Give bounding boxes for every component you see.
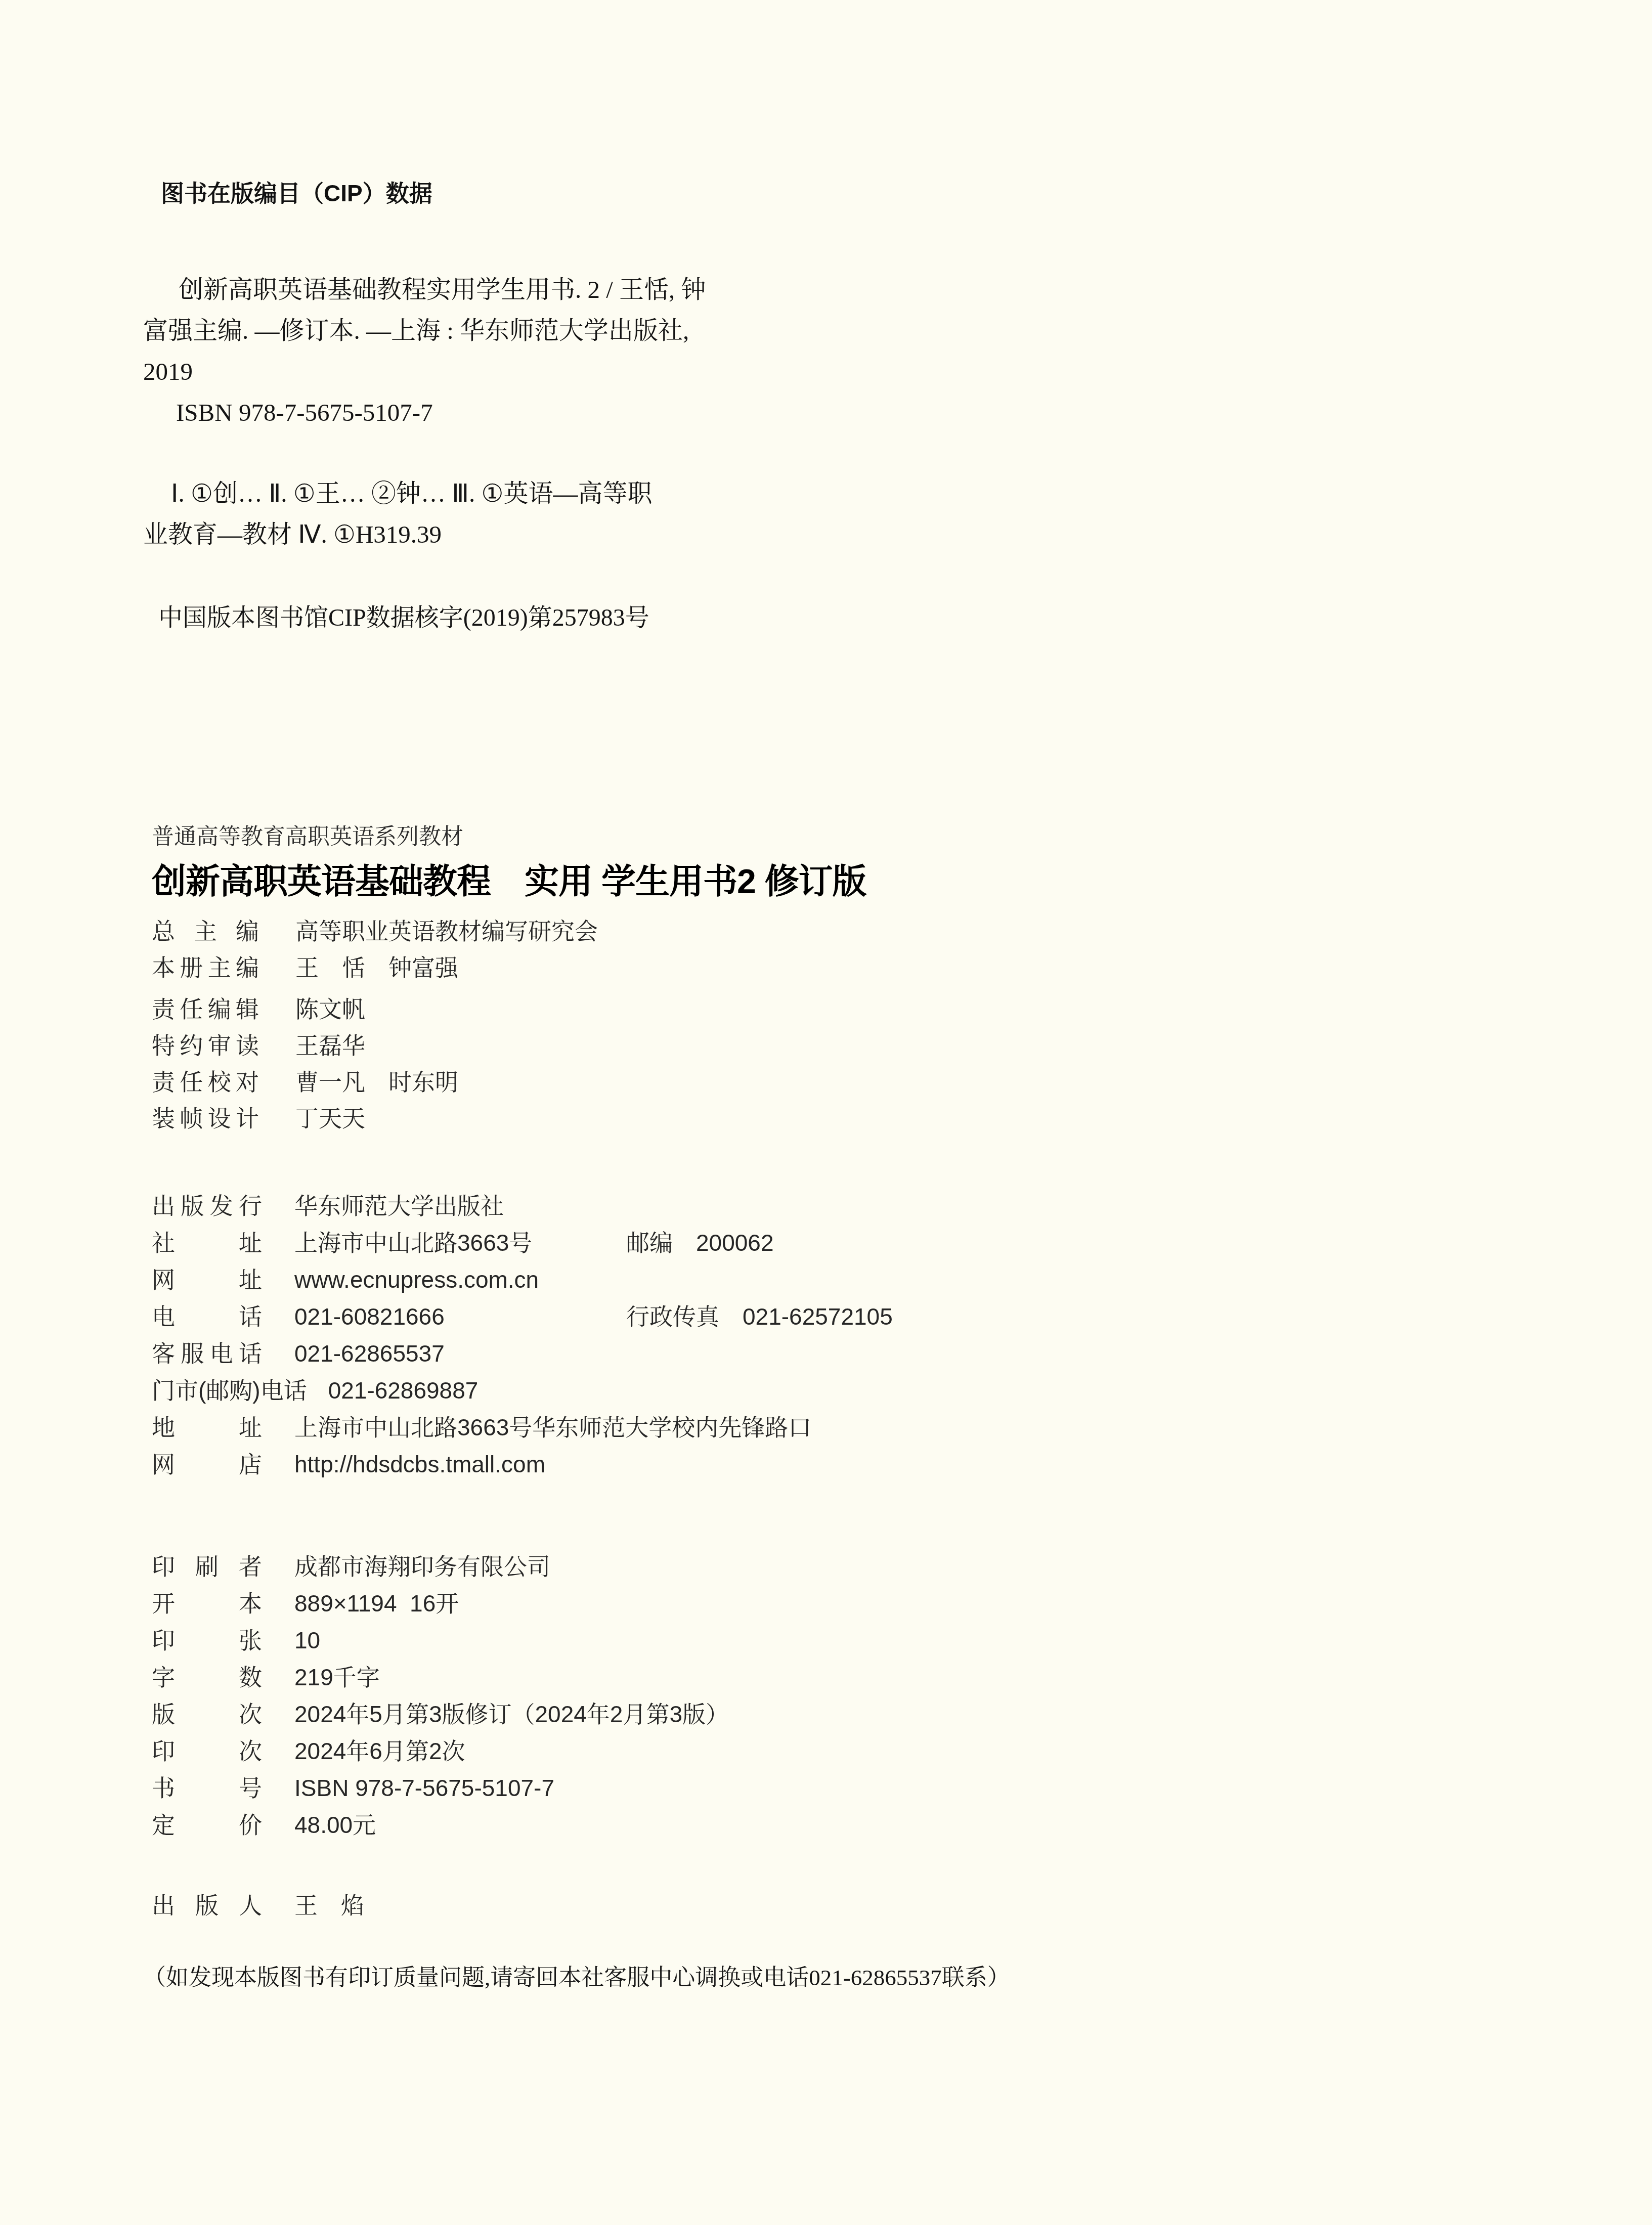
pub-value: 上海市中山北路3663号华东师范大学校内先锋路口 (294, 1414, 811, 1441)
print-row-sheets: 印张10 (152, 1622, 1568, 1659)
cip-para-line-2: 富强主编. —修订本. —上海 : 华东师范大学出版社, (143, 310, 1458, 351)
cip-heading: 图书在版编目（CIP）数据 (143, 178, 1458, 208)
pub-row-street-address: 地址上海市中山北路3663号华东师范大学校内先锋路口 (152, 1409, 1568, 1446)
title-block: 普通高等教育高职英语系列教材 创新高职英语基础教程 实用 学生用书2 修订版 总… (152, 807, 1517, 1137)
editor-name: 丁天天 (295, 1105, 365, 1131)
editor-name: 王磊华 (295, 1032, 365, 1059)
cip-para-line-1: 创新高职英语基础教程实用学生用书. 2 / 王恬, 钟 (143, 269, 1458, 310)
print-row-word-count: 字数219千字 (152, 1659, 1568, 1696)
editor-row-reviewer: 特约审读王磊华 (152, 1027, 1517, 1064)
editor-role-label: 责任校对 (152, 1064, 259, 1100)
editor-name: 高等职业英语教材编写研究会 (295, 918, 598, 944)
cip-record-number: 中国版本图书馆CIP数据核字(2019)第257983号 (143, 597, 1458, 638)
print-label: 开本 (152, 1585, 262, 1622)
pub-row-phone: 电话021-60821666行政传真 021-62572105 (152, 1298, 1568, 1335)
pub-label: 网址 (152, 1261, 262, 1298)
pub-value: 021-60821666 (294, 1298, 626, 1335)
editor-role-label: 装帧设计 (152, 1100, 259, 1137)
pub-row-address: 社址上海市中山北路3663号邮编 200062 (152, 1225, 1568, 1261)
cip-class-line-2: 业教育—教材 Ⅳ. ①H319.39 (143, 514, 1458, 555)
cip-paragraph: 创新高职英语基础教程实用学生用书. 2 / 王恬, 钟 富强主编. —修订本. … (143, 269, 1458, 433)
publication-block: 出版发行华东师范大学出版社 社址上海市中山北路3663号邮编 200062 网址… (152, 1188, 1568, 1483)
print-value: ISBN 978-7-5675-5107-7 (294, 1775, 554, 1801)
print-row-price: 定价48.00元 (152, 1807, 1568, 1844)
publisher-person-block: 出版人王 焰 (152, 1887, 1163, 1924)
pub-label: 网店 (152, 1446, 262, 1483)
publisher-person-label: 出版人 (152, 1887, 262, 1924)
pub-value: www.ecnupress.com.cn (294, 1267, 539, 1293)
print-value: 2024年6月第2次 (294, 1738, 465, 1764)
editor-row-proofreader: 责任校对曹一凡 时东明 (152, 1064, 1517, 1100)
editor-name: 王 恬 钟富强 (295, 954, 458, 981)
pub-value: 021-62869887 (328, 1377, 479, 1404)
print-row-isbn: 书号ISBN 978-7-5675-5107-7 (152, 1770, 1568, 1807)
print-label: 印刷者 (152, 1548, 262, 1585)
editor-name: 陈文帆 (295, 996, 365, 1022)
print-row-impression: 印次2024年6月第2次 (152, 1733, 1568, 1770)
pub-label: 电话 (152, 1298, 262, 1335)
print-value: 219千字 (294, 1664, 380, 1690)
editor-row-chief: 总主编高等职业英语教材编写研究会 (152, 913, 1517, 949)
book-title: 创新高职英语基础教程 实用 学生用书2 修订版 (152, 861, 1517, 902)
print-label: 印次 (152, 1733, 262, 1770)
editor-role-label: 本册主编 (152, 949, 259, 986)
print-label: 印张 (152, 1622, 262, 1659)
editor-name: 曹一凡 时东明 (295, 1069, 458, 1095)
print-label: 字数 (152, 1659, 262, 1696)
pub-fax: 行政传真 021-62572105 (626, 1303, 893, 1330)
copyright-page: 图书在版编目（CIP）数据 创新高职英语基础教程实用学生用书. 2 / 王恬, … (0, 0, 1652, 2225)
cip-block: 图书在版编目（CIP）数据 创新高职英语基础教程实用学生用书. 2 / 王恬, … (143, 178, 1458, 638)
cip-classification: Ⅰ. ①创… Ⅱ. ①王… ②钟… Ⅲ. ①英语—高等职 业教育—教材 Ⅳ. ①… (143, 473, 1458, 555)
print-label: 书号 (152, 1770, 262, 1807)
editor-role-label: 特约审读 (152, 1027, 259, 1064)
print-value: 889×1194 16开 (294, 1590, 459, 1617)
pub-row-online-store: 网店http://hdsdcbs.tmall.com (152, 1446, 1568, 1483)
editor-row-volume: 本册主编王 恬 钟富强 (152, 949, 1517, 986)
publisher-person-row: 出版人王 焰 (152, 1887, 1163, 1924)
editor-role-label: 责任编辑 (152, 991, 259, 1027)
pub-row-store-phone: 门市(邮购)电话021-62869887 (152, 1372, 1568, 1409)
cip-isbn-line: ISBN 978-7-5675-5107-7 (143, 392, 1458, 433)
pub-label: 社址 (152, 1225, 262, 1261)
pub-value: 华东师范大学出版社 (294, 1193, 504, 1219)
pub-label: 出版发行 (152, 1188, 262, 1225)
print-value: 48.00元 (294, 1812, 376, 1838)
print-row-edition: 版次2024年5月第3版修订（2024年2月第3版） (152, 1696, 1568, 1733)
editor-list: 总主编高等职业英语教材编写研究会 本册主编王 恬 钟富强 责任编辑陈文帆 特约审… (152, 913, 1517, 1137)
print-row-printer: 印刷者成都市海翔印务有限公司 (152, 1548, 1568, 1585)
pub-row-website: 网址www.ecnupress.com.cn (152, 1261, 1568, 1298)
pub-label: 地址 (152, 1409, 262, 1446)
cip-class-line-1: Ⅰ. ①创… Ⅱ. ①王… ②钟… Ⅲ. ①英语—高等职 (143, 473, 1458, 514)
print-value: 10 (294, 1627, 320, 1653)
pub-value: 上海市中山北路3663号 (294, 1225, 626, 1261)
printing-block: 印刷者成都市海翔印务有限公司 开本889×1194 16开 印张10 字数219… (152, 1548, 1568, 1844)
series-name: 普通高等教育高职英语系列教材 (152, 822, 1517, 852)
print-row-format: 开本889×1194 16开 (152, 1585, 1568, 1622)
print-value: 2024年5月第3版修订（2024年2月第3版） (294, 1701, 729, 1727)
publisher-person-name: 王 焰 (294, 1892, 364, 1918)
pub-postcode: 邮编 200062 (626, 1230, 774, 1256)
print-label: 版次 (152, 1696, 262, 1733)
pub-value: http://hdsdcbs.tmall.com (294, 1451, 545, 1477)
editor-role-label: 总主编 (152, 913, 259, 949)
cip-para-line-3: 2019 (143, 351, 1458, 392)
print-label: 定价 (152, 1807, 262, 1844)
quality-note: （如发现本版图书有印订质量问题,请寄回本社客服中心调换或电话021-628655… (143, 1961, 1509, 1994)
editor-row-designer: 装帧设计丁天天 (152, 1100, 1517, 1137)
print-value: 成都市海翔印务有限公司 (294, 1553, 550, 1580)
editor-row-responsible: 责任编辑陈文帆 (152, 991, 1517, 1027)
pub-row-publisher: 出版发行华东师范大学出版社 (152, 1188, 1568, 1225)
pub-label: 客服电话 (152, 1335, 262, 1372)
pub-value: 021-62865537 (294, 1340, 445, 1367)
pub-label: 门市(邮购)电话 (152, 1372, 307, 1409)
pub-row-service-phone: 客服电话021-62865537 (152, 1335, 1568, 1372)
